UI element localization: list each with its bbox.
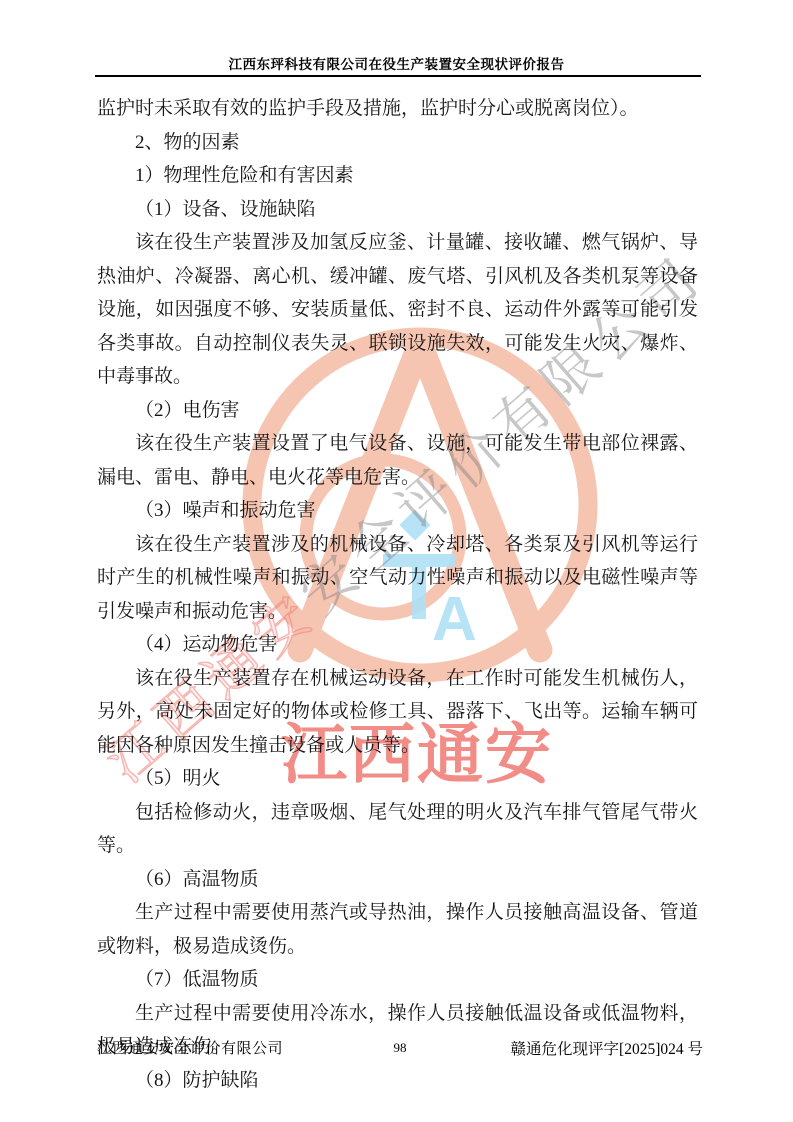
content-layer: 江西东玶科技有限公司在役生产装置安全现状评价报告 监护时未采取有效的监护手段及措… [0,0,793,1122]
text-line: 监护时未采取有效的监护手段及措施，监护时分心或脱离岗位）。 [97,92,698,126]
page-footer: 江西通安安全评价有限公司 98 赣通危化现评字[2025]024 号 [97,1037,703,1059]
text-line: 包括检修动火，违章吸烟、尾气处理的明火及汽车排气管尾气带火等。 [97,796,698,863]
document-page: A 江西通安安全评价有限公司 江西通安 江西东玶科技有限公司在役生产装置安全现状… [0,0,793,1122]
text-line: （2）电伤害 [97,394,698,428]
body-text: 监护时未采取有效的监护手段及措施，监护时分心或脱离岗位）。2、物的因素1）物理性… [97,92,698,1097]
text-line: 1）物理性危险和有害因素 [97,159,698,193]
text-line: 该在役生产装置涉及加氢反应釜、计量罐、接收罐、燃气锅炉、导热油炉、冷凝器、离心机… [97,226,698,394]
text-line: 2、物的因素 [97,126,698,160]
text-line: （7）低温物质 [97,963,698,997]
text-line: 该在役生产装置设置了电气设备、设施，可能发生带电部位裸露、漏电、雷电、静电、电火… [97,427,698,494]
text-line: （8）防护缺陷 [97,1064,698,1098]
text-line: （6）高温物质 [97,863,698,897]
text-line: （1）设备、设施缺陷 [97,193,698,227]
text-line: 该在役生产装置涉及的机械设备、冷却塔、各类泵及引风机等运行时产生的机械性噪声和振… [97,528,698,629]
text-line: （5）明火 [97,762,698,796]
footer-document-number: 赣通危化现评字[2025]024 号 [511,1037,703,1059]
page-header-title: 江西东玶科技有限公司在役生产装置安全现状评价报告 [0,53,793,73]
text-line: 该在役生产装置存在机械运动设备，在工作时可能发生机械伤人，另外，高处未固定好的物… [97,662,698,763]
text-line: （3）噪声和振动危害 [97,494,698,528]
text-line: （4）运动物危害 [97,628,698,662]
text-line: 生产过程中需要使用蒸汽或导热油，操作人员接触高温设备、管道或物料，极易造成烫伤。 [97,896,698,963]
header-divider [95,75,701,77]
